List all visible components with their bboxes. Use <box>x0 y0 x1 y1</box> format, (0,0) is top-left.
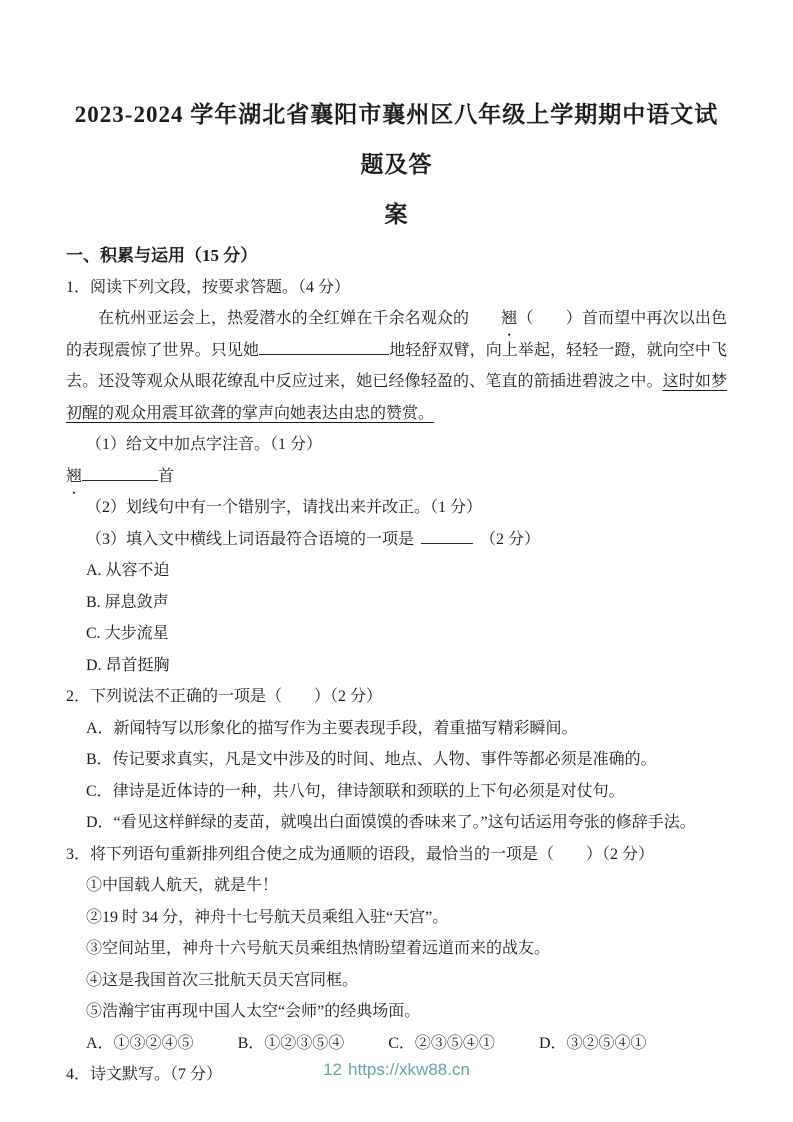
q2-option-c: C．律诗是近体诗的一种，共八句，律诗颔联和颈联的上下句必须是对仗句。 <box>66 776 727 808</box>
pinyin-dotted-char: 翘 <box>66 461 82 493</box>
q1-sub3-answer-blank <box>421 529 473 544</box>
document-page: 2023-2024 学年湖北省襄阳市襄州区八年级上学期期中语文试题及答 案 一、… <box>0 0 793 1122</box>
passage-fill-blank <box>259 340 389 355</box>
document-body: 一、积累与运用（15 分） 1．阅读下列文段，按要求答题。（4 分） 在杭州亚运… <box>66 240 727 1091</box>
q1-option-c: C. 大步流星 <box>66 618 727 650</box>
q1-sub2: （2）划线句中有一个错别字，请找出来并改正。（1 分） <box>66 492 727 524</box>
q3-choice-a: A．①③②④⑤ <box>86 1028 194 1060</box>
q2-option-a: A．新闻特写以形象化的描写作为主要表现手段，着重描写精彩瞬间。 <box>66 713 727 745</box>
q2-option-d: D．“看见这样鲜绿的麦苗，就嗅出白面馍馍的香味来了。”这句话运用夸张的修辞手法。 <box>66 807 727 839</box>
q1-sub1: （1）给文中加点字注音。（1 分） <box>66 429 727 461</box>
pinyin-answer-blank <box>82 466 158 481</box>
pinyin-suffix-char: 首 <box>158 468 174 485</box>
section-heading: 一、积累与运用（15 分） <box>66 240 727 272</box>
q3-choice-d: D．③②⑤④① <box>539 1028 647 1060</box>
q3-sentence-3: ③空间站里，神舟十六号航天员乘组热情盼望着远道而来的战友。 <box>66 933 727 965</box>
q3-choice-c: C．②③⑤④① <box>388 1028 495 1060</box>
q3-sentence-5: ⑤浩瀚宇宙再现中国人太空“会师”的经典场面。 <box>66 996 727 1028</box>
passage-dotted-char: 翘 <box>469 303 517 335</box>
q1-stem: 1．阅读下列文段，按要求答题。（4 分） <box>66 272 727 304</box>
q1-sub3-score: （2 分） <box>480 531 540 548</box>
passage-seg1: 在杭州亚运会上，热爱潜水的全红婵在千余名观众的 <box>98 310 469 327</box>
footer-url[interactable]: https://xkw88.cn <box>348 1060 470 1079</box>
q3-sentence-1: ①中国载人航天，就是牛！ <box>66 870 727 902</box>
title-line-1: 2023-2024 学年湖北省襄阳市襄州区八年级上学期期中语文试题及答 <box>66 90 727 190</box>
q3-stem: 3．将下列语句重新排列组合使之成为通顺的语段，最恰当的一项是（ ）（2 分） <box>66 839 727 871</box>
q1-option-a: A. 从容不迫 <box>66 555 727 587</box>
title-line-2: 案 <box>66 190 727 240</box>
page-number: 12 <box>323 1060 342 1079</box>
q3-choice-b: B．①②③⑤④ <box>238 1028 345 1060</box>
q1-sub3-text: （3）填入文中横线上词语最符合语境的一项是 <box>86 531 414 548</box>
q1-option-b: B. 屏息敛声 <box>66 587 727 619</box>
document-title: 2023-2024 学年湖北省襄阳市襄州区八年级上学期期中语文试题及答 案 <box>66 90 727 240</box>
q3-sentence-2: ②19 时 34 分，神舟十七号航天员乘组入驻“天宫”。 <box>66 902 727 934</box>
page-footer: 12https://xkw88.cn <box>0 1060 793 1080</box>
q1-passage: 在杭州亚运会上，热爱潜水的全红婵在千余名观众的翘（ ）首而望中再次以出色的表现震… <box>66 303 727 429</box>
q2-stem: 2．下列说法不正确的一项是（ ）（2 分） <box>66 681 727 713</box>
q1-pinyin-line: 翘首 <box>66 461 727 493</box>
q3-sentence-4: ④这是我国首次三批航天员天宫同框。 <box>66 965 727 997</box>
q3-choices-row: A．①③②④⑤B．①②③⑤④C．②③⑤④①D．③②⑤④① <box>66 1028 727 1060</box>
q2-option-b: B．传记要求真实，凡是文中涉及的时间、地点、人物、事件等都必须是准确的。 <box>66 744 727 776</box>
q1-option-d: D. 昂首挺胸 <box>66 650 727 682</box>
q1-sub3: （3）填入文中横线上词语最符合语境的一项是（2 分） <box>66 524 727 556</box>
